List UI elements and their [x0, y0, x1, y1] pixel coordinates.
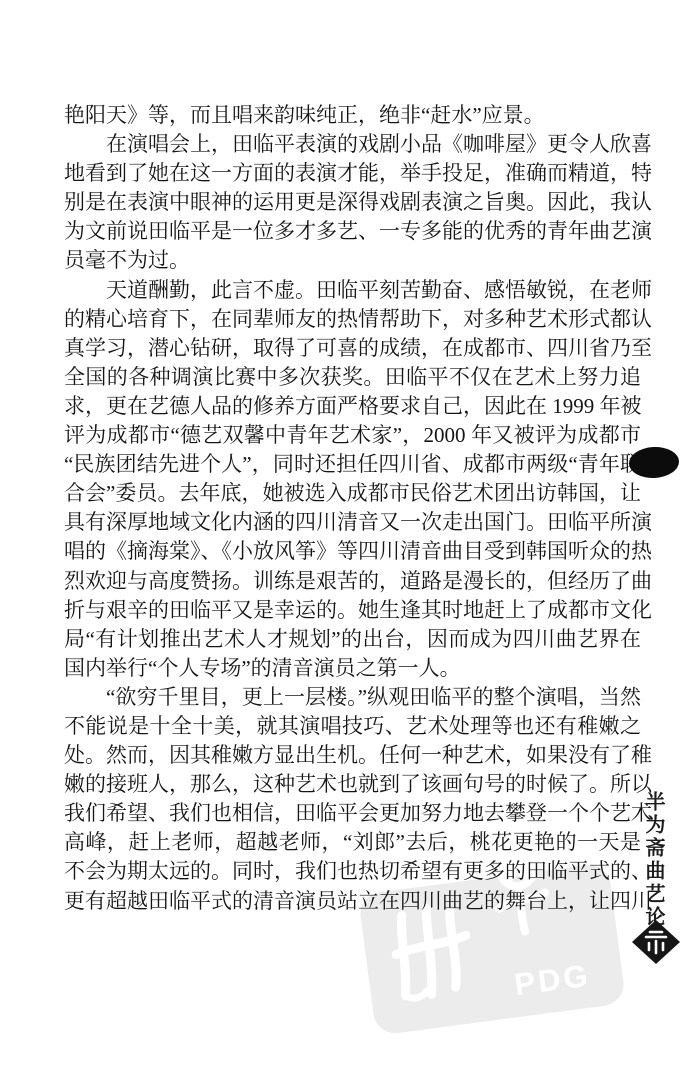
- watermark-label: PDG: [512, 958, 592, 1004]
- scanned-book-page: PDG 艳阳天》等，而且唱来韵味纯正，绝非“赶水”应景。 在演唱会上，田临平表演…: [0, 0, 700, 1076]
- text-line: 在演唱会上，田临平表演的戏剧小品《咖啡屋》更令人欣喜: [64, 130, 641, 159]
- book-title-vertical: 半为斋曲艺论: [639, 791, 668, 936]
- text-line: 烈欢迎与高度赞扬。训练是艰苦的，道路是漫长的，但经历了曲: [64, 567, 641, 596]
- text-line: 我们希望、我们也相信，田临平会更加努力地去攀登一个个艺术: [64, 799, 641, 828]
- text-line: 折与艰辛的田临平又是幸运的。她生逢其时地赶上了成都市文化: [64, 596, 641, 625]
- text-line: 具有深厚地域文化内涵的四川清音又一次走出国门。田临平所演: [64, 508, 641, 537]
- text-line: 的精心培育下，在同辈师友的热情帮助下，对多种艺术形式都认: [64, 305, 641, 334]
- text-line: 全国的各种调演比赛中多次获奖。田临平不仅在艺术上努力追: [64, 363, 641, 392]
- text-line: 不能说是十全十美，就其演唱技巧、艺术处理等也还有稚嫩之: [64, 712, 641, 741]
- text-line: 地看到了她在这一方面的表演才能，举手投足，准确而精道，特: [64, 159, 641, 188]
- text-line: 求，更在艺德人品的修养方面严格要求自己，因此在 1999 年被: [64, 392, 641, 421]
- text-line: 艳阳天》等，而且唱来韵味纯正，绝非“赶水”应景。: [64, 101, 641, 130]
- publisher-seal-icon: [632, 920, 680, 964]
- article-text: 艳阳天》等，而且唱来韵味纯正，绝非“赶水”应景。 在演唱会上，田临平表演的戏剧小…: [64, 101, 641, 916]
- text-line: 嫩的接班人，那么，这种艺术也就到了该画句号的时候了。所以: [64, 770, 641, 799]
- text-line: 高峰，赶上老师，超越老师，“刘郎”去后，桃花更艳的一天是: [64, 828, 641, 857]
- text-line: 国内举行“个人专场”的清音演员之第一人。: [64, 654, 641, 683]
- text-line: 别是在表演中眼神的运用更是深得戏剧表演之旨奥。因此，我认: [64, 188, 641, 217]
- text-line: 天道酬勤，此言不虚。田临平刻苦勤奋、感悟敏锐，在老师: [64, 276, 641, 305]
- text-line: 更有超越田临平式的清音演员站立在四川曲艺的舞台上，让四川: [64, 887, 641, 916]
- text-line: “民族团结先进个人”，同时还担任四川省、成都市两级“青年联: [64, 450, 641, 479]
- text-line: “欲穷千里目，更上一层楼。”纵观田临平的整个演唱，当然: [64, 683, 641, 712]
- text-line: 评为成都市“德艺双馨中青年艺术家”，2000 年又被评为成都市: [64, 421, 641, 450]
- text-line: 合会”委员。去年底，她被选入成都市民俗艺术团出访韩国，让: [64, 479, 641, 508]
- text-line: 为文前说田临平是一位多才多艺、一专多能的优秀的青年曲艺演: [64, 217, 641, 246]
- text-line: 真学习，潜心钻研，取得了可喜的成绩，在成都市、四川省乃至: [64, 334, 641, 363]
- text-line: 员毫不为过。: [64, 246, 641, 275]
- text-line: 处。然而，因其稚嫩方显出生机。任何一种艺术，如果没有了稚: [64, 741, 641, 770]
- text-line: 局“有计划推出艺术人才规划”的出台，因而成为四川曲艺界在: [64, 625, 641, 654]
- text-line: 不会为期太远的。同时，我们也热切希望有更多的田临平式的、: [64, 857, 641, 886]
- ink-blot-mark: [628, 446, 680, 480]
- text-line: 唱的《摘海棠》、《小放风筝》等四川清音曲目受到韩国听众的热: [64, 537, 641, 566]
